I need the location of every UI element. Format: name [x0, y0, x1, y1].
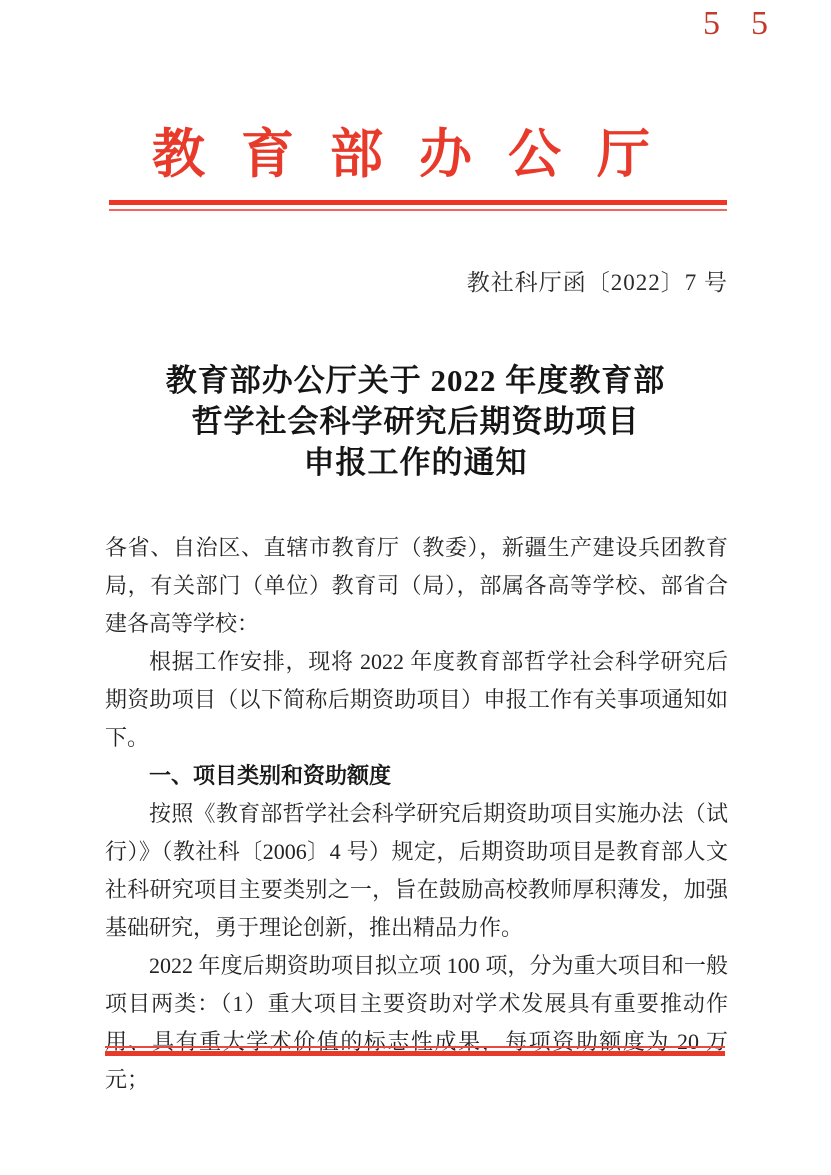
document-title: 教育部办公厅关于 2022 年度教育部 哲学社会科学研究后期资助项目 申报工作的… [0, 360, 831, 483]
masthead-divider-thin-line [109, 209, 727, 211]
masthead-divider [109, 200, 727, 211]
footer-divider [105, 1046, 725, 1056]
recipients-paragraph: 各省、自治区、直辖市教育厅（教委），新疆生产建设兵团教育局，有关部门（单位）教育… [105, 529, 728, 643]
document-reference-number: 教社科厅函〔2022〕7 号 [467, 264, 728, 297]
section-1-heading: 一、项目类别和资助额度 [105, 757, 728, 795]
title-line-2: 哲学社会科学研究后期资助项目 [0, 401, 831, 442]
document-page: 5 5 教育部办公厅 教社科厅函〔2022〕7 号 教育部办公厅关于 2022 … [0, 0, 831, 1175]
title-line-3: 申报工作的通知 [0, 442, 831, 483]
footer-divider-thick-line [105, 1051, 725, 1056]
masthead-divider-thick-line [109, 200, 727, 205]
footer-divider-thin-line [105, 1046, 725, 1048]
page-number-right: 5 [751, 5, 768, 43]
title-line-1: 教育部办公厅关于 2022 年度教育部 [0, 360, 831, 401]
agency-masthead: 教育部办公厅 [152, 112, 686, 188]
page-number-left: 5 [703, 5, 720, 43]
section-1-paragraph-quota: 2022 年度后期资助项目拟立项 100 项，分为重大项目和一般项目两类：（1）… [105, 947, 728, 1099]
document-body: 各省、自治区、直辖市教育厅（教委），新疆生产建设兵团教育局，有关部门（单位）教育… [105, 529, 728, 1099]
intro-paragraph: 根据工作安排，现将 2022 年度教育部哲学社会科学研究后期资助项目（以下简称后… [105, 643, 728, 757]
section-1-paragraph-basis: 按照《教育部哲学社会科学研究后期资助项目实施办法（试行）》（教社科〔2006〕4… [105, 795, 728, 947]
page-numbers: 5 5 [703, 5, 768, 43]
